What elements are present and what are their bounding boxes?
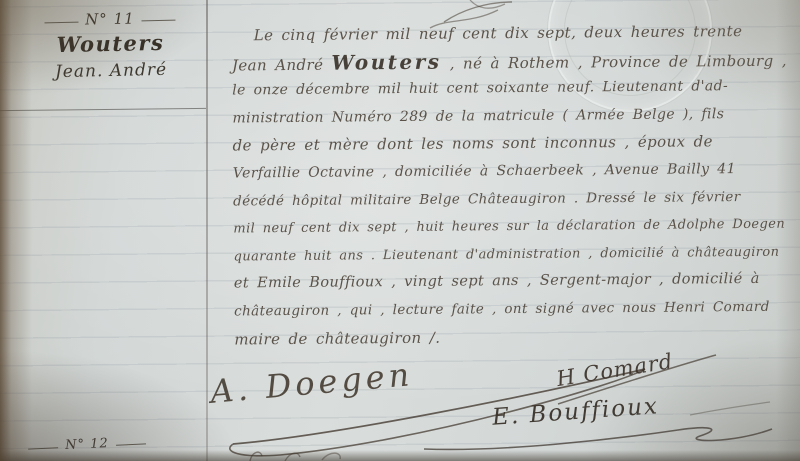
signature-comard: H Comard — [555, 349, 675, 391]
margin-given-names: Jean. André — [18, 59, 203, 83]
signature-bouffioux: E. Bouffioux — [491, 393, 659, 431]
bouffioux-paraph — [424, 428, 772, 450]
next-act-number: N° 12 — [65, 436, 109, 453]
register-page-photo: N° 11 Wouters Jean. André Le cinq févrie… — [0, 0, 800, 461]
top-flourish-stroke — [470, 0, 505, 8]
margin-separator-line — [0, 108, 206, 111]
margin-vertical-rule — [206, 0, 208, 461]
margin-annotations: N° 11 Wouters Jean. André — [17, 8, 203, 83]
signature-doegen: A. Doegen — [209, 355, 415, 411]
bouffioux-paraph — [690, 402, 770, 415]
dash-line — [142, 19, 176, 21]
margin-surname: Wouters — [18, 29, 203, 58]
next-act-margin: N° 12 — [2, 433, 172, 455]
deceased-surname: Wouters — [331, 49, 441, 74]
act-line-4: ministration Numéro 289 de la matricule … — [232, 100, 798, 133]
act-line-2-suffix: , né à Rothem , Province de Limbourg , — [441, 51, 787, 72]
act-line-6: Verfaillie Octavine , domiciliée à Schae… — [233, 156, 799, 189]
act-line-2-prefix: Jean André — [232, 55, 332, 74]
dash-line — [28, 447, 58, 449]
act-number: N° 11 — [85, 9, 135, 28]
act-line-12: maire de châteaugiron /. — [234, 321, 800, 354]
next-act-number-row: N° 12 — [2, 433, 172, 455]
act-text: Le cinq février mil neuf cent dix sept, … — [232, 18, 800, 354]
next-act-partial-stroke — [250, 452, 262, 461]
top-flourish-stroke — [444, 2, 512, 22]
next-act-partial-stroke — [285, 453, 300, 461]
next-act-partial-stroke — [322, 453, 340, 460]
dash-line — [116, 443, 146, 445]
act-number-row: N° 11 — [17, 8, 202, 30]
dash-line — [44, 21, 78, 23]
act-line-1: Le cinq février mil neuf cent dix sept, … — [232, 18, 798, 51]
act-line-11: châteaugiron , qui , lecture faite , ont… — [234, 293, 800, 326]
